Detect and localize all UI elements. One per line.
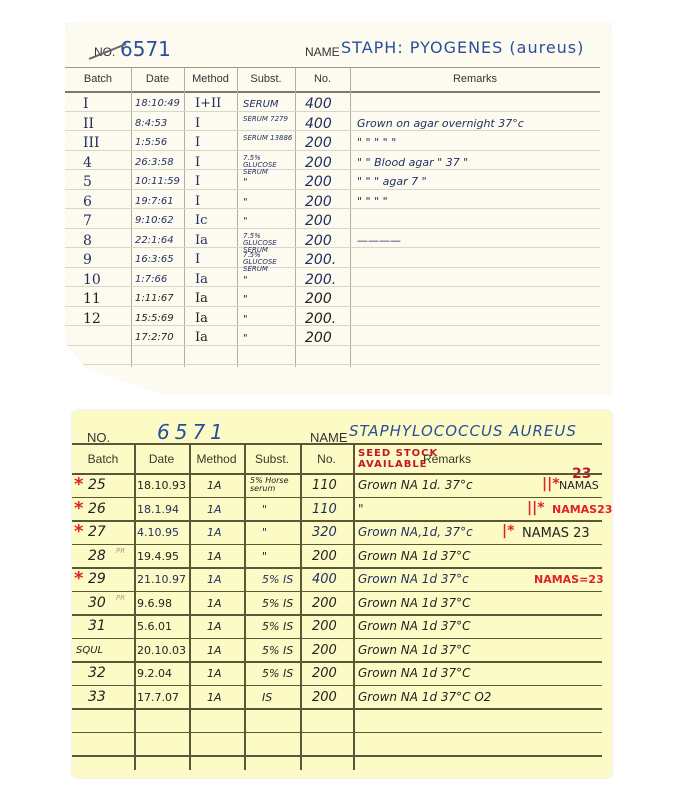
batch-cell: 28: [88, 548, 106, 564]
row-line: [72, 755, 602, 757]
method-cell: I: [195, 116, 200, 131]
remarks-cell: Grown NA,1d, 37°c: [358, 525, 473, 539]
star-mark: *: [74, 474, 83, 495]
batch-cell: III: [83, 135, 100, 151]
method-cell: 1A: [207, 597, 222, 610]
count-cell: 200: [312, 596, 337, 611]
batch-cell: II: [83, 116, 94, 132]
record-card-current: NO. 6571 NAME STAPHYLOCOCCUS AUREUS SEED…: [72, 410, 612, 778]
column-header-batch: Batch: [65, 73, 131, 85]
subst-cell: ": [243, 294, 248, 305]
subst-cell: 5% IS: [262, 597, 293, 610]
table-row: 30PR9.6.981A5% IS200Grown NA 1d 37°C: [72, 594, 612, 618]
count-cell: 200: [312, 619, 337, 634]
column-header-subst: Subst.: [237, 73, 295, 85]
date-cell: 1:5:56: [135, 137, 167, 148]
count-cell: 200: [312, 690, 337, 705]
method-cell: I: [195, 174, 200, 189]
table-row: 111:11:67Ia"200: [65, 291, 612, 311]
date-cell: 5.6.01: [137, 620, 172, 633]
table-row: III1:5:56ISERUM 13886200" " " " ": [65, 135, 612, 155]
count-cell: 200: [305, 174, 332, 190]
count-cell: 400: [312, 572, 337, 587]
subst-cell: IS: [262, 691, 272, 704]
date-cell: 18.10.93: [137, 479, 186, 492]
row-line: [65, 364, 600, 365]
batch-cell: 9: [83, 252, 92, 268]
column-header-date: Date: [131, 73, 184, 85]
red-mark: |*: [502, 523, 514, 539]
remarks-cell: " " " agar 7 ": [357, 175, 427, 188]
subst-cell: ": [243, 333, 248, 344]
batch-cell: 26: [88, 501, 106, 517]
table-row: 822:1:64Ia7.5% GLUCOSE SERUM200————: [65, 233, 612, 253]
count-cell: 200: [305, 330, 332, 346]
count-cell: 110: [312, 502, 337, 517]
method-cell: I: [195, 155, 200, 170]
table-row: 619:7:61I"200" " " ": [65, 194, 612, 214]
namas-note: NAMAS 23: [522, 526, 590, 541]
subst-cell: 7.5% GLUCOSE SERUM: [243, 155, 293, 176]
table-row: 79:10:62Ic"200: [65, 213, 612, 233]
namas-note: NAMAS: [559, 479, 599, 492]
date-cell: 17:2:70: [135, 332, 174, 343]
column-header-method: Method: [189, 452, 244, 466]
subst-cell: ": [262, 503, 267, 516]
red-mark: ||*: [527, 500, 545, 516]
batch-cell: 12: [83, 311, 101, 327]
remarks-cell: Grown NA 1d 37°C: [358, 666, 471, 680]
table-row: 101:7:66Ia"200.: [65, 272, 612, 292]
count-cell: 200: [312, 666, 337, 681]
method-cell: 1A: [207, 526, 222, 539]
method-cell: 1A: [207, 573, 222, 586]
subst-cell: SERUM 7279: [243, 116, 293, 123]
count-cell: 200: [305, 194, 332, 210]
subst-cell: 5% IS: [262, 573, 293, 586]
column-header-remarks: Remarks: [350, 73, 600, 85]
subst-cell: 5% Horse serum: [250, 477, 302, 493]
table-row: 329.2.041A5% IS200Grown NA 1d 37°C: [72, 664, 612, 688]
table-row: SQUL20.10.031A5% IS200Grown NA 1d 37°C: [72, 641, 612, 665]
batch-cell: 29: [88, 571, 106, 587]
pr-mark: PR: [116, 594, 125, 602]
remarks-cell: Grown NA 1d 37°C: [358, 619, 471, 633]
subst-cell: SERUM: [243, 99, 279, 110]
count-cell: 400: [305, 96, 332, 112]
table-row: 1215:5:69Ia"200.: [65, 311, 612, 331]
card-name: STAPHYLOCOCCUS AUREUS: [349, 422, 577, 440]
date-cell: 9:10:62: [135, 215, 174, 226]
card-name-label: NAME: [305, 45, 340, 59]
table-row: *2518.10.931A5% Horse serum110Grown NA 1…: [72, 476, 612, 500]
date-cell: 15:5:69: [135, 313, 174, 324]
red-mark: ||*: [542, 476, 560, 492]
remarks-cell: " " " ": [357, 195, 388, 208]
table-row: 315.6.011A5% IS200Grown NA 1d 37°C: [72, 617, 612, 641]
subst-cell: ": [262, 550, 267, 563]
batch-cell: 7: [83, 213, 92, 229]
batch-cell: 31: [88, 618, 106, 634]
remarks-cell: Grown NA 1d 37°C: [358, 596, 471, 610]
date-cell: 16:3:65: [135, 254, 174, 265]
date-cell: 22:1:64: [135, 235, 174, 246]
date-cell: 17.7.07: [137, 691, 179, 704]
subst-cell: 7.5% GLUCOSE SERUM: [243, 252, 293, 273]
method-cell: 1A: [207, 644, 222, 657]
remarks-cell: ": [358, 502, 364, 516]
star-mark: *: [74, 521, 83, 542]
subst-cell: 5% IS: [262, 644, 293, 657]
table-row: II8:4:53ISERUM 7279400Grown on agar over…: [65, 116, 612, 136]
count-cell: 200: [305, 213, 332, 229]
count-cell: 320: [312, 525, 337, 540]
batch-cell: 32: [88, 665, 106, 681]
method-cell: I+II: [195, 96, 221, 111]
date-cell: 1:7:66: [135, 274, 167, 285]
header-bottom-line: [72, 473, 602, 475]
card-number: 6571: [157, 420, 228, 444]
remarks-cell: ————: [357, 234, 401, 247]
column-header-no: No.: [295, 73, 350, 85]
date-cell: 8:4:53: [135, 118, 167, 129]
column-header-no: No.: [300, 452, 353, 466]
subst-cell: ": [262, 526, 267, 539]
column-header-method: Method: [184, 73, 237, 85]
method-cell: Ia: [195, 233, 208, 248]
subst-cell: ": [243, 314, 248, 325]
date-cell: 4.10.95: [137, 526, 179, 539]
count-cell: 200: [305, 291, 332, 307]
column-header-date: Date: [134, 452, 189, 466]
date-cell: 26:3:58: [135, 157, 174, 168]
date-cell: 19.4.95: [137, 550, 179, 563]
method-cell: 1A: [207, 691, 222, 704]
star-mark: *: [74, 568, 83, 589]
batch-cell: 8: [83, 233, 92, 249]
method-cell: Ia: [195, 272, 208, 287]
remarks-cell: Grown on agar overnight 37°c: [357, 117, 524, 130]
header-top-line: [65, 67, 600, 68]
count-cell: 200: [312, 643, 337, 658]
batch-cell: I: [83, 96, 89, 112]
date-cell: 19:7:61: [135, 196, 174, 207]
count-cell: 200.: [305, 311, 336, 327]
star-mark: *: [74, 498, 83, 519]
count-cell: 200.: [305, 252, 336, 268]
namas-note: NAMAS=23: [534, 573, 604, 586]
date-cell: 18.1.94: [137, 503, 179, 516]
date-cell: 9.6.98: [137, 597, 172, 610]
count-cell: 200: [305, 135, 332, 151]
method-cell: Ic: [195, 213, 207, 228]
date-cell: 1:11:67: [135, 293, 174, 304]
batch-cell: 30: [88, 595, 106, 611]
card-name: STAPH: PYOGENES (aureus): [341, 38, 584, 57]
batch-cell: 4: [83, 155, 92, 171]
count-cell: 200: [312, 549, 337, 564]
header-top-line: [72, 443, 602, 445]
column-header-batch: Batch: [72, 452, 134, 466]
table-row: 28PR19.4.951A"200Grown NA 1d 37°C: [72, 547, 612, 571]
remarks-cell: Grown NA 1d. 37°c: [358, 478, 473, 492]
record-card-old: NO. 6571 NAME STAPH: PYOGENES (aureus) B…: [65, 23, 612, 395]
method-cell: I: [195, 194, 200, 209]
remarks-cell: Grown NA 1d 37°C: [358, 643, 471, 657]
count-cell: 200: [305, 155, 332, 171]
column-header-remarks: Remarks: [423, 452, 503, 466]
batch-cell: 6: [83, 194, 92, 210]
table-row: 916:3:65I7.5% GLUCOSE SERUM200.: [65, 252, 612, 272]
method-cell: 1A: [207, 550, 222, 563]
table-row: *2618.1.941A"110"||*NAMAS23: [72, 500, 612, 524]
subst-cell: 5% IS: [262, 620, 293, 633]
pr-mark: PR: [116, 547, 125, 555]
date-cell: 9.2.04: [137, 667, 172, 680]
method-cell: 1A: [207, 667, 222, 680]
table-row: 3317.7.071AIS200Grown NA 1d 37°C O2: [72, 688, 612, 712]
namas-note: NAMAS23: [552, 503, 612, 516]
date-cell: 18:10:49: [135, 98, 180, 109]
subst-cell: ": [243, 275, 248, 286]
remarks-cell: Grown NA 1d 37°c: [358, 572, 469, 586]
subst-cell: SERUM 13886: [243, 135, 293, 142]
remarks-cell: " " " " ": [357, 136, 396, 149]
remarks-cell: " " Blood agar " 37 ": [357, 156, 468, 169]
method-cell: Ia: [195, 291, 208, 306]
table-row: 510:11:59I"200" " " agar 7 ": [65, 174, 612, 194]
method-cell: 1A: [207, 620, 222, 633]
method-cell: I: [195, 135, 200, 150]
method-cell: I: [195, 252, 200, 267]
count-cell: 200.: [305, 272, 336, 288]
subst-cell: ": [243, 197, 248, 208]
table-row: *274.10.951A"320Grown NA,1d, 37°c|*NAMAS…: [72, 523, 612, 547]
card-number: 6571: [120, 37, 171, 61]
batch-cell: 11: [83, 291, 101, 307]
column-header-subst: Subst.: [244, 452, 300, 466]
table-row: I18:10:49I+IISERUM400: [65, 96, 612, 116]
row-line: [72, 732, 602, 734]
method-cell: 1A: [207, 479, 222, 492]
remarks-cell: Grown NA 1d 37°C O2: [358, 690, 491, 704]
batch-cell: SQUL: [76, 645, 103, 656]
batch-cell: 33: [88, 689, 106, 705]
header-bottom-line: [65, 91, 600, 93]
subst-cell: ": [243, 216, 248, 227]
method-cell: Ia: [195, 330, 208, 345]
batch-cell: 27: [88, 524, 106, 540]
batch-cell: 25: [88, 477, 106, 493]
subst-cell: ": [243, 177, 248, 188]
method-cell: 1A: [207, 503, 222, 516]
date-cell: 10:11:59: [135, 176, 180, 187]
batch-cell: 10: [83, 272, 101, 288]
count-cell: 200: [305, 233, 332, 249]
table-row: 426:3:58I7.5% GLUCOSE SERUM200" " Blood …: [65, 155, 612, 175]
batch-cell: 5: [83, 174, 92, 190]
count-cell: 400: [305, 116, 332, 132]
subst-cell: 5% IS: [262, 667, 293, 680]
date-cell: 20.10.03: [137, 644, 186, 657]
table-row: 17:2:70Ia"200: [65, 330, 612, 350]
method-cell: Ia: [195, 311, 208, 326]
count-cell: 110: [312, 478, 337, 493]
table-row: *2921.10.971A5% IS400Grown NA 1d 37°cNAM…: [72, 570, 612, 594]
date-cell: 21.10.97: [137, 573, 186, 586]
remarks-cell: Grown NA 1d 37°C: [358, 549, 471, 563]
